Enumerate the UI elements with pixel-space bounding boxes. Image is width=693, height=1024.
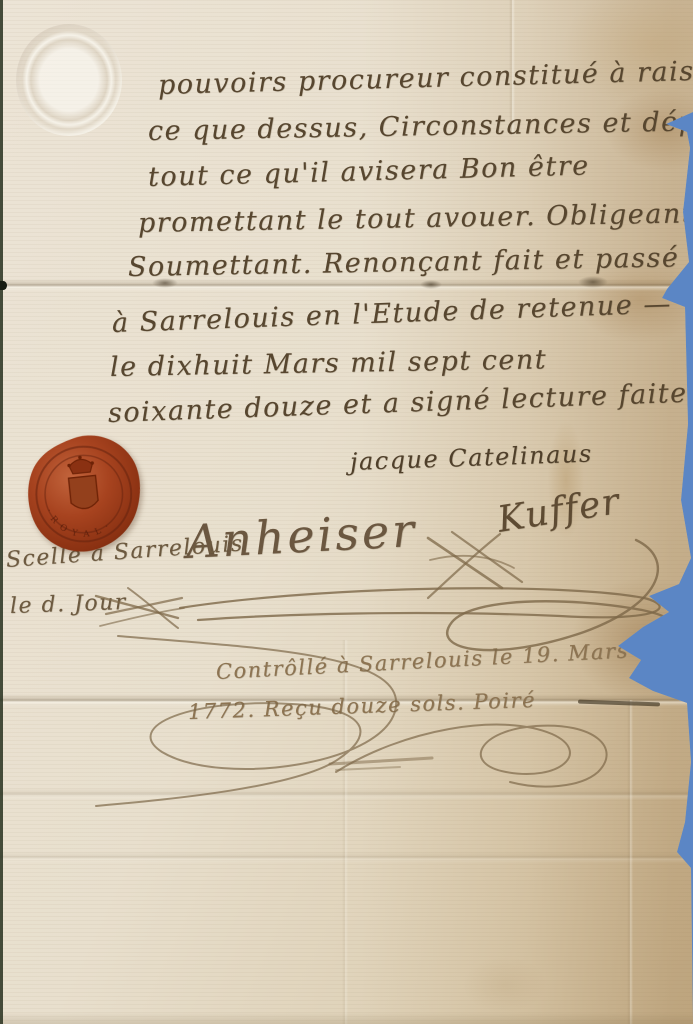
manuscript-line: à Sarrelouis en l'Etude de retenue — xyxy=(111,288,672,339)
manuscript-line: tout ce qu'il avisera Bon être xyxy=(148,150,590,193)
control-note-line: Contrôllé à Sarrelouis le 19. Mars xyxy=(215,638,629,684)
manuscript-line: promettant le tout avouer. Obligeant xyxy=(138,198,693,239)
fold-crease xyxy=(0,788,693,800)
embossed-blind-stamp xyxy=(16,24,122,136)
manuscript-line: soixante douze et a signé lecture faite xyxy=(107,378,688,429)
signature-kuffer: Kuffer xyxy=(495,481,623,541)
fold-crease-vertical xyxy=(627,700,633,1024)
fold-crease xyxy=(0,851,693,863)
bottom-edge-shadow xyxy=(0,1012,693,1024)
scanned-document: pouvoirs procureur constitué à rais ce q… xyxy=(0,0,693,1024)
manuscript-paper: pouvoirs procureur constitué à rais ce q… xyxy=(0,0,693,1024)
wax-seal: · R O Y A L · xyxy=(18,428,150,564)
signature-catelinaus: jacque Catelinaus xyxy=(350,440,594,476)
crease-smudge xyxy=(578,276,608,288)
crease-smudge xyxy=(420,280,442,289)
manuscript-line: ce que dessus, Circonstances et dépendan… xyxy=(148,104,693,147)
manuscript-line: pouvoirs procureur constitué à rais xyxy=(158,56,693,101)
manuscript-line: le dixhuit Mars mil sept cent xyxy=(110,344,548,383)
paper-tear xyxy=(578,700,660,707)
seal-note-line: le d. Jour xyxy=(10,590,128,619)
control-note-line: 1772. Reçu douze sols. Poiré xyxy=(188,688,537,724)
seal-shield xyxy=(69,475,99,510)
paper-edge-notch xyxy=(0,281,7,290)
scan-edge-strip xyxy=(0,0,3,1024)
